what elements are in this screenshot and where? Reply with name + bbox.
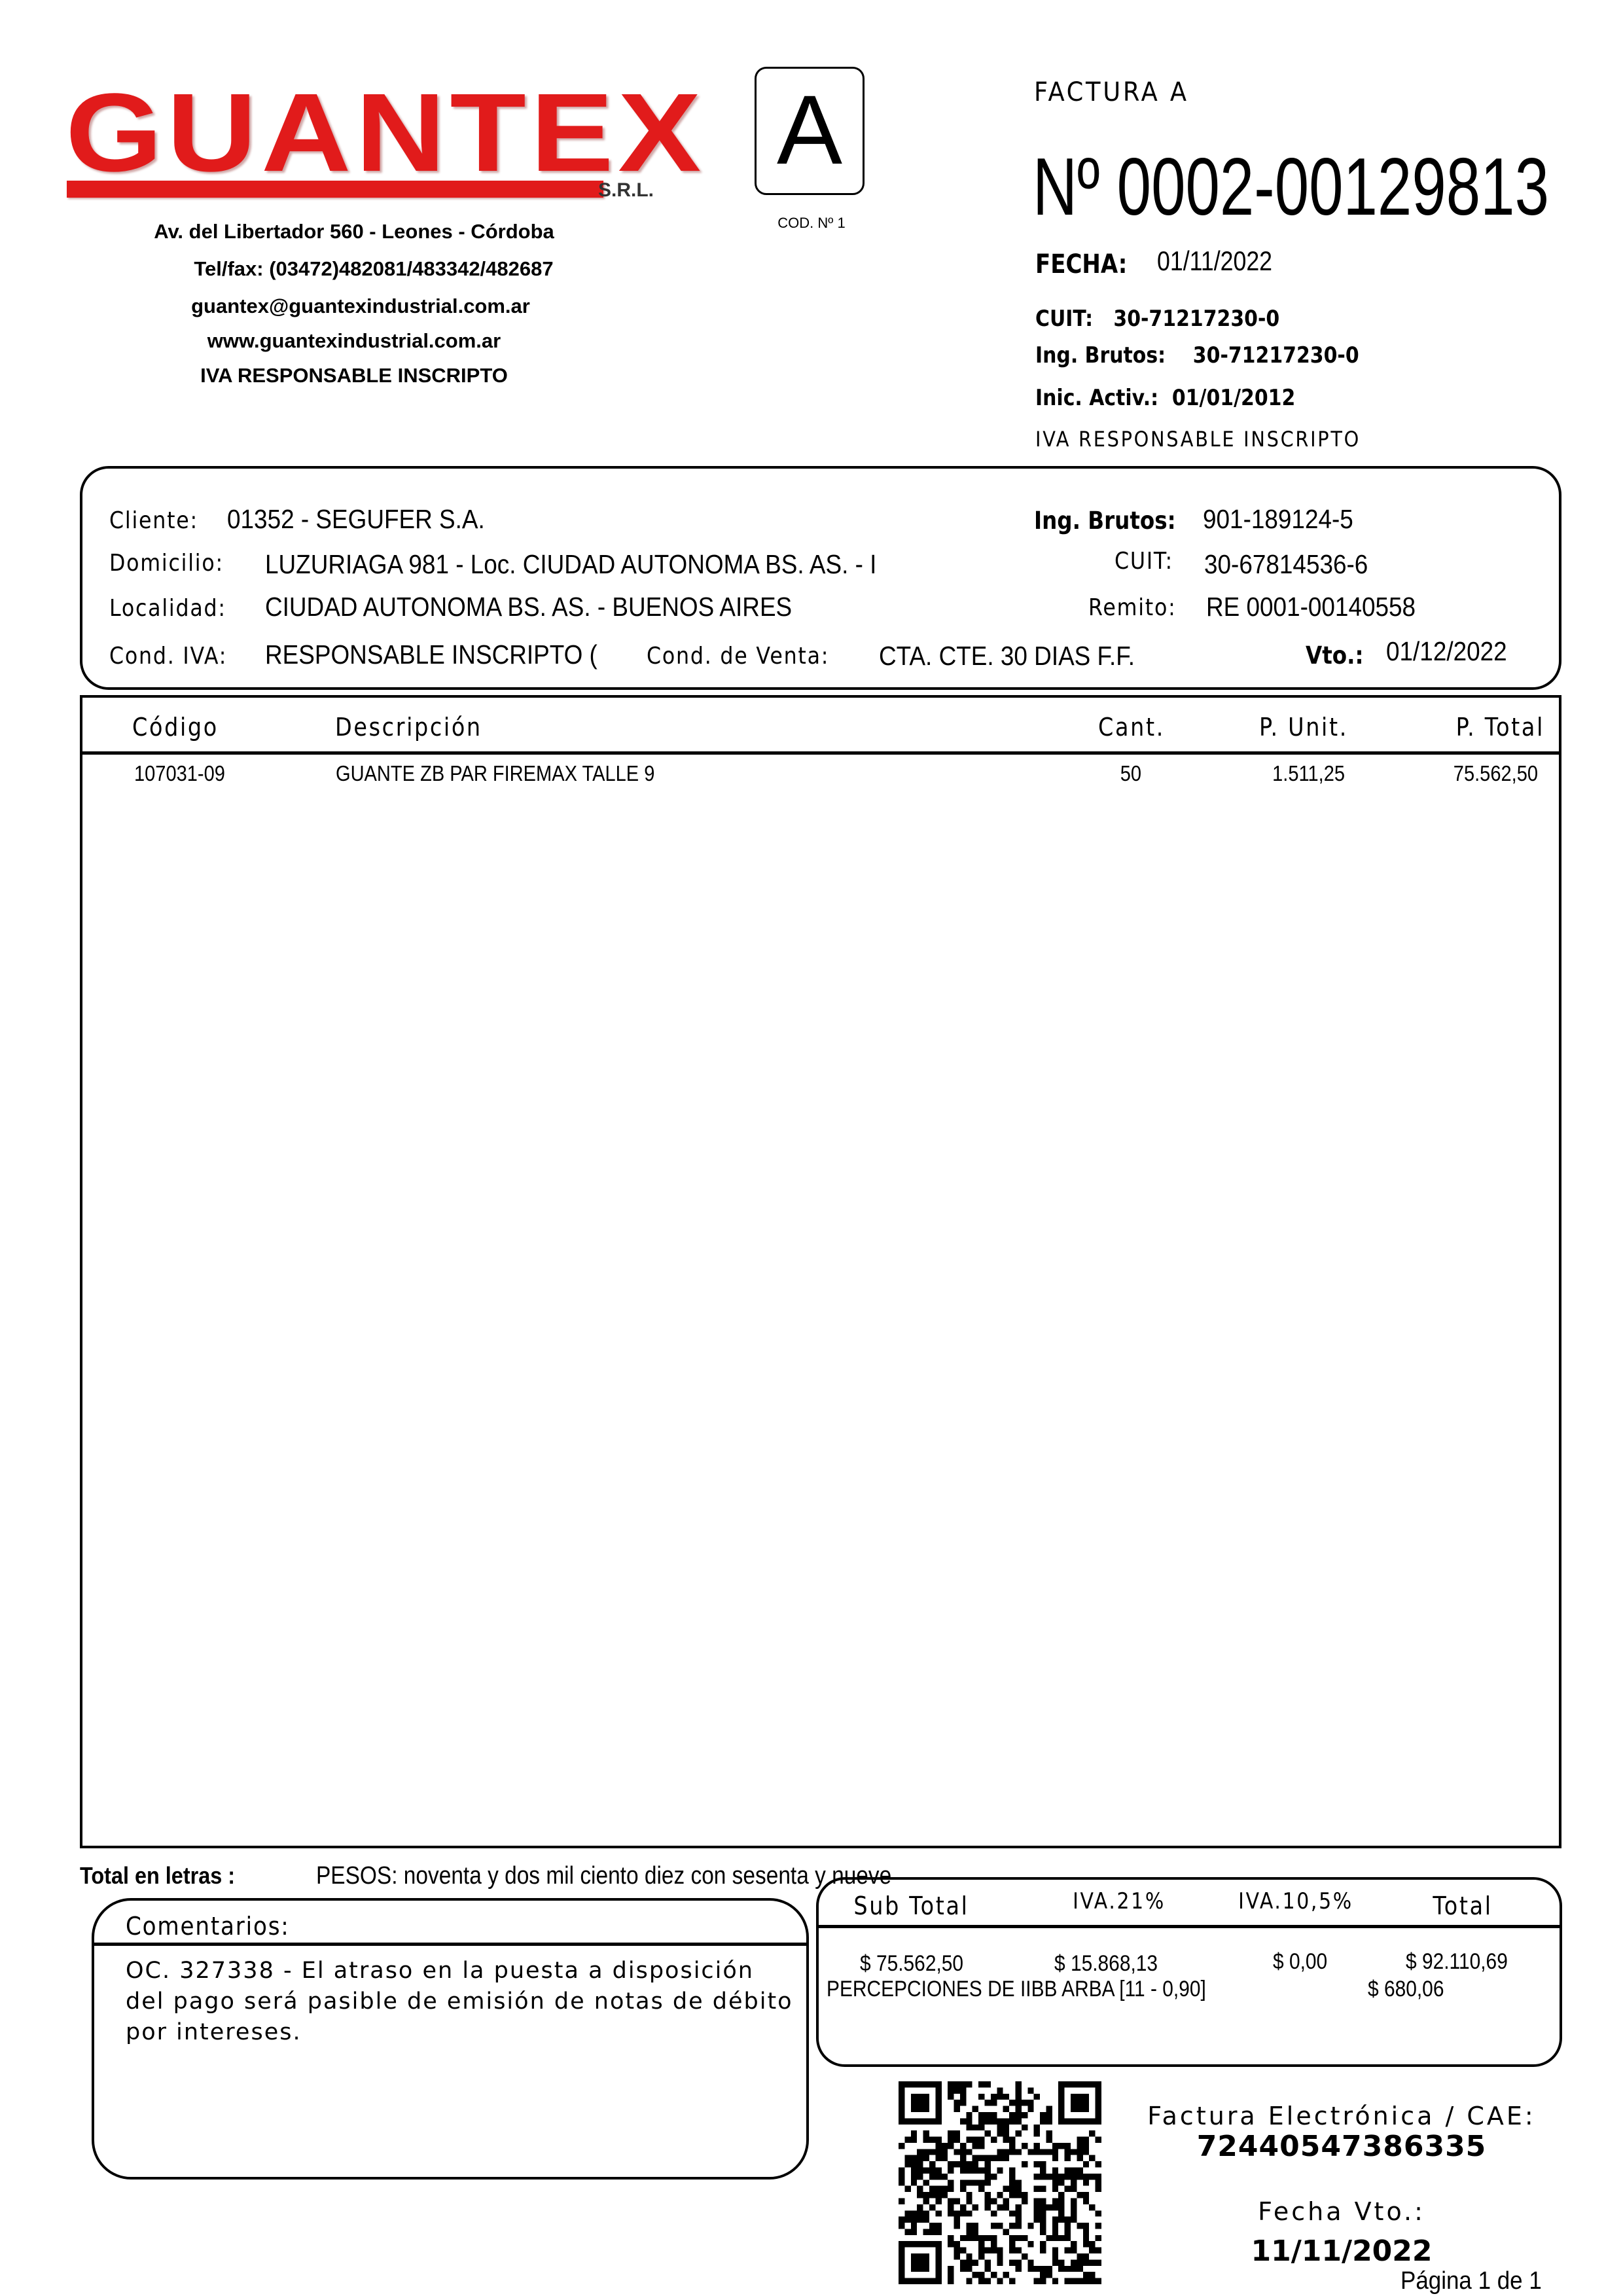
client-cuit-label: CUIT:: [1115, 550, 1173, 573]
totals-header-total: Total: [1402, 1893, 1524, 1918]
totals-header-subtotal: Sub Total: [841, 1893, 982, 1918]
domicilio-label: Domicilio:: [109, 552, 224, 575]
invoice-letter: A: [757, 81, 863, 179]
issuer-phone: Tel/fax: (03472)482081/483342/482687: [20, 259, 728, 279]
logo-suffix: S.R.L.: [598, 181, 654, 200]
client-iibb-label: Ing. Brutos:: [1034, 509, 1176, 533]
client-vto: 01/12/2022: [1386, 638, 1507, 665]
client-remito: RE 0001-00140558: [1206, 594, 1416, 620]
total-letras-label: Total en letras :: [80, 1864, 235, 1888]
issuer-website: www.guantexindustrial.com.ar: [0, 331, 708, 351]
comments-text: OC. 327338 - El atraso en la puesta a di…: [126, 1956, 793, 2048]
total-letras-value: PESOS: noventa y dos mil ciento diez con…: [316, 1863, 891, 1888]
subtotal-value: $ 75.562,50: [860, 1952, 963, 1975]
col-header-codigo: Código: [132, 715, 219, 740]
issuer-address: Av. del Libertador 560 - Leones - Córdob…: [0, 221, 708, 242]
company-logo: GUANTEX S.R.L.: [60, 82, 662, 202]
items-table: [80, 695, 1561, 1848]
logo-wordmark: GUANTEX: [65, 77, 705, 188]
invoice-date: 01/11/2022: [1157, 247, 1272, 275]
invoice-number: Nº 0002-00129813: [1033, 147, 1549, 228]
totals-header-iva105: IVA.10,5%: [1226, 1890, 1364, 1912]
cond-venta-label: Cond. de Venta:: [647, 645, 829, 668]
issuer-cuit-value: 30-71217230-0: [1113, 306, 1279, 332]
issuer-inicio-actividades: Inic. Activ.: 01/01/2012: [1035, 387, 1295, 409]
issuer-iibb-label: Ing. Brutos:: [1035, 342, 1166, 368]
cae-vto-label: Fecha Vto.:: [1139, 2199, 1544, 2224]
comments-divider: [93, 1943, 808, 1946]
col-header-ptotal: P. Total: [1406, 715, 1544, 740]
cond-iva-label: Cond. IVA:: [109, 645, 227, 668]
col-header-descripcion: Descripción: [335, 715, 482, 740]
client-label: Cliente:: [109, 509, 198, 533]
totals-divider: [817, 1925, 1561, 1928]
issuer-cuit-label: CUIT:: [1035, 306, 1093, 332]
cae-number: 72440547386335: [1139, 2132, 1544, 2161]
client-iibb: 901-189124-5: [1203, 506, 1353, 533]
cae-vto-date: 11/11/2022: [1139, 2237, 1544, 2266]
cae-label: Factura Electrónica / CAE:: [1139, 2104, 1544, 2128]
client-cond-iva: RESPONSABLE INSCRIPTO (: [265, 641, 597, 668]
percepcion-label: PERCEPCIONES DE IIBB ARBA [11 - 0,90]: [827, 1978, 1206, 2000]
logo-underline: [67, 181, 603, 198]
issuer-inicio-value: 01/01/2012: [1172, 385, 1295, 411]
iva105-value: $ 0,00: [1273, 1950, 1327, 1973]
invoice-date-label: FECHA:: [1035, 251, 1127, 278]
item-codigo: 107031-09: [134, 762, 225, 784]
items-header-divider: [80, 751, 1561, 755]
client-cuit: 30-67814536-6: [1204, 551, 1368, 578]
item-punit: 1.511,25: [1227, 762, 1345, 784]
percepcion-value: $ 680,06: [1368, 1978, 1444, 2000]
issuer-iva-status: IVA RESPONSABLE INSCRIPTO: [1035, 429, 1361, 450]
item-cant: 50: [1058, 762, 1141, 784]
issuer-iva-condition: IVA RESPONSABLE INSCRIPTO: [0, 365, 708, 386]
item-descripcion: GUANTE ZB PAR FIREMAX TALLE 9: [336, 762, 654, 784]
vto-label: Vto.:: [1306, 643, 1364, 668]
client-cond-venta: CTA. CTE. 30 DIAS F.F.: [879, 643, 1135, 670]
afip-qr-code: [899, 2081, 1101, 2284]
client-localidad: CIUDAD AUTONOMA BS. AS. - BUENOS AIRES: [265, 594, 792, 620]
localidad-label: Localidad:: [109, 597, 226, 620]
invoice-type: FACTURA A: [1034, 77, 1189, 108]
issuer-cuit: CUIT: 30-71217230-0: [1035, 308, 1279, 330]
issuer-iibb-value: 30-71217230-0: [1193, 342, 1359, 368]
col-header-punit: P. Unit.: [1227, 715, 1348, 740]
totals-header-iva21: IVA.21%: [1056, 1890, 1183, 1912]
total-value: $ 92.110,69: [1406, 1950, 1508, 1973]
item-ptotal: 75.562,50: [1394, 762, 1538, 784]
issuer-email: guantex@guantexindustrial.com.ar: [7, 296, 715, 316]
remito-label: Remito:: [1088, 596, 1177, 620]
invoice-letter-box: A: [755, 67, 865, 195]
issuer-iibb: Ing. Brutos: 30-71217230-0: [1035, 344, 1359, 367]
iva21-value: $ 15.868,13: [1054, 1952, 1158, 1975]
invoice-code: COD. Nº 1: [759, 216, 864, 230]
comments-title: Comentarios:: [126, 1914, 290, 1939]
issuer-inicio-label: Inic. Activ.:: [1035, 385, 1158, 411]
page-number: Página 1 de 1: [1400, 2269, 1542, 2293]
client-domicilio: LUZURIAGA 981 - Loc. CIUDAD AUTONOMA BS.…: [265, 551, 876, 578]
col-header-cant: Cant.: [1061, 715, 1165, 740]
client-name: 01352 - SEGUFER S.A.: [227, 506, 485, 533]
